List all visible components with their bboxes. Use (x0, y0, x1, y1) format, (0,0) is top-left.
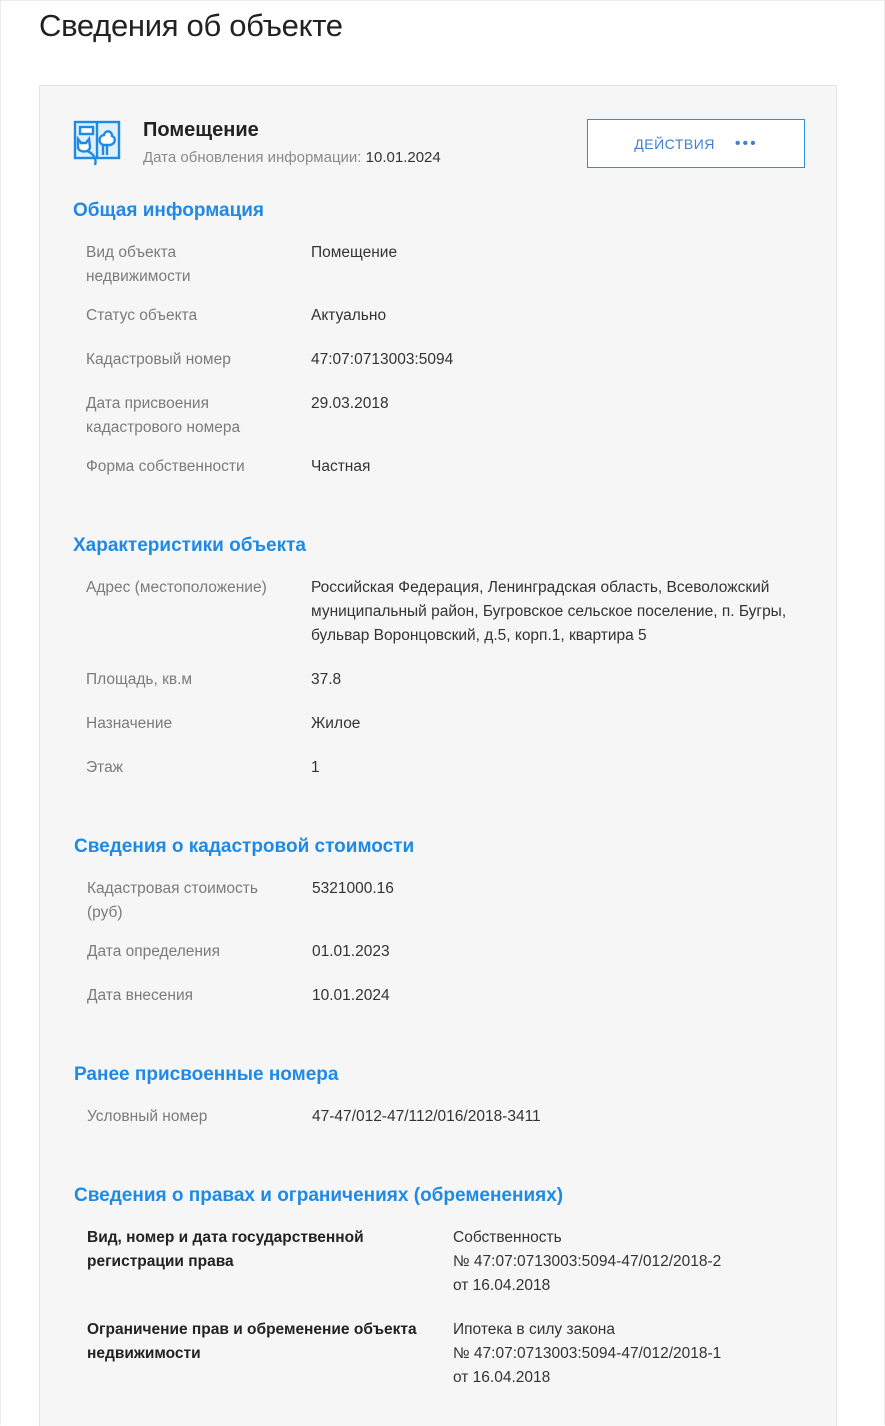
cadastral-value: 5321000.16 (312, 877, 812, 901)
apartment-window-cat-plant-icon (73, 119, 121, 167)
row-value: 1 (311, 756, 811, 780)
row-label: Адрес (местоположение) (86, 576, 286, 600)
row-label: Вид объекта недвижимости (86, 241, 236, 289)
row-value: 37.8 (311, 668, 811, 692)
row-value: Жилое (311, 712, 811, 736)
row-label: Кадастровый номер (86, 348, 286, 372)
actions-label: ДЕЙСТВИЯ (634, 136, 715, 152)
row-value: Частная (311, 455, 811, 479)
right-number: № 47:07:0713003:5094-47/012/2018-2 (453, 1250, 783, 1274)
row-label: Дата определения (87, 940, 287, 964)
row-label: Площадь, кв.м (86, 668, 286, 692)
encumbrance-number: № 47:07:0713003:5094-47/012/2018-1 (453, 1342, 783, 1366)
row-label: Форма собственности (86, 455, 286, 479)
update-date-label: Дата обновления информации: (143, 149, 361, 166)
row-label: Статус объекта (86, 304, 286, 328)
row-label: Дата присвоения кадастрового номера (86, 392, 266, 440)
row-value: 29.03.2018 (311, 392, 811, 416)
actions-button[interactable]: ДЕЙСТВИЯ ••• (587, 119, 805, 168)
row-value: Актуально (311, 304, 811, 328)
row-value: Собственность № 47:07:0713003:5094-47/01… (453, 1226, 783, 1298)
encumbrance-date: от 16.04.2018 (453, 1366, 783, 1390)
row-label: Условный номер (87, 1105, 287, 1129)
right-date: от 16.04.2018 (453, 1274, 783, 1298)
right-type: Собственность (453, 1226, 783, 1250)
conditional-number-value: 47-47/012-47/112/016/2018-3411 (312, 1105, 812, 1129)
row-label: Ограничение прав и обременение объекта н… (87, 1318, 427, 1366)
address-value: Российская Федерация, Ленинградская обла… (311, 576, 806, 648)
row-label: Дата внесения (87, 984, 287, 1008)
section-title-general: Общая информация (73, 200, 264, 222)
more-dots-icon: ••• (735, 135, 758, 153)
row-value: Ипотека в силу закона № 47:07:0713003:50… (453, 1318, 783, 1390)
row-value: Помещение (311, 241, 811, 265)
update-date-line: Дата обновления информации: 10.01.2024 (143, 149, 441, 166)
row-label: Назначение (86, 712, 286, 736)
row-label: Этаж (86, 756, 286, 780)
section-title-previous-numbers: Ранее присвоенные номера (74, 1064, 338, 1086)
page-title: Сведения об объекте (39, 8, 343, 44)
object-type-title: Помещение (143, 119, 259, 142)
row-label: Вид, номер и дата государственной регист… (87, 1226, 377, 1274)
cadastral-number-value: 47:07:0713003:5094 (311, 348, 811, 372)
section-title-characteristics: Характеристики объекта (73, 535, 306, 557)
update-date-value: 10.01.2024 (366, 149, 441, 166)
object-card: Помещение Дата обновления информации: 10… (39, 85, 837, 1426)
row-value: 01.01.2023 (312, 940, 812, 964)
encumbrance-type: Ипотека в силу закона (453, 1318, 783, 1342)
section-title-cadastral-value: Сведения о кадастровой стоимости (74, 836, 414, 858)
section-title-rights: Сведения о правах и ограничениях (обреме… (74, 1185, 563, 1207)
row-value: 10.01.2024 (312, 984, 812, 1008)
row-label: Кадастровая стоимость (руб) (87, 877, 277, 925)
